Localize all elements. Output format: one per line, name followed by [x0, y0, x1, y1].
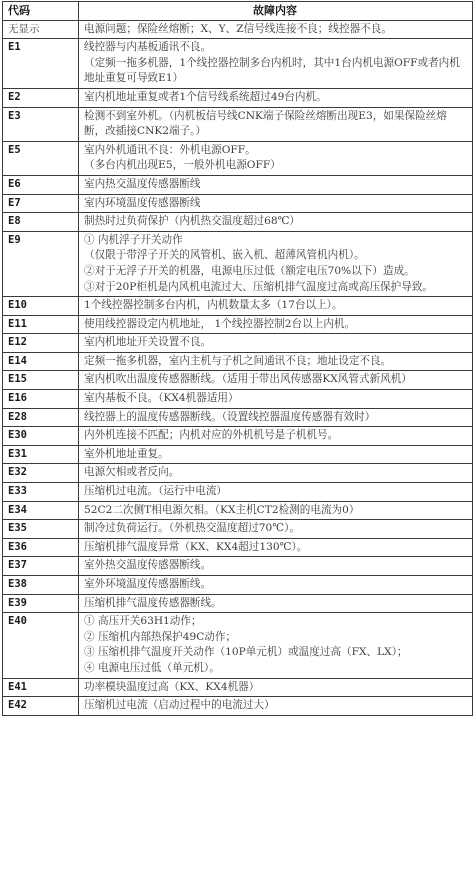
fault-description-cell: 功率模块温度过高（KX、KX4机器） [79, 678, 473, 697]
fault-description-line: 功率模块温度过高（KX、KX4机器） [84, 680, 466, 696]
table-row: E32电源欠相或者反向。 [3, 464, 473, 483]
table-row: 无显示电源问题；保险丝熔断；X、Y、Z信号线连接不良；线控器不良。 [3, 20, 473, 39]
fault-description-cell: ① 内机浮子开关动作（仅限于带浮子开关的风管机、嵌入机、超薄风管机内机）。②对于… [79, 231, 473, 296]
table-row: E7室内环境温度传感器断线 [3, 194, 473, 213]
fault-description-cell: 室内机地址重复或者1个信号线系统超过49台内机。 [79, 88, 473, 107]
fault-code-cell: E7 [3, 194, 79, 213]
fault-description-cell: 室内外机通讯不良：外机电源OFF。（多台内机出现E5，一般外机电源OFF） [79, 141, 473, 175]
fault-code-table: 代码 故障内容 无显示电源问题；保险丝熔断；X、Y、Z信号线连接不良；线控器不良… [2, 1, 473, 716]
fault-code-cell: E3 [3, 107, 79, 141]
fault-description-cell: 室内环境温度传感器断线 [79, 194, 473, 213]
fault-description-line: 线控器与内基板通讯不良。 [84, 40, 466, 56]
table-row: E12室内机地址开关设置不良。 [3, 334, 473, 353]
fault-code-cell: E39 [3, 594, 79, 613]
fault-description-cell: 制冷过负荷运行。（外机热交温度超过70℃）。 [79, 520, 473, 539]
fault-description-line: ③ 压缩机排气温度开关动作（10P单元机）或温度过高（FX、LX）； [84, 645, 466, 661]
table-row: E2室内机地址重复或者1个信号线系统超过49台内机。 [3, 88, 473, 107]
fault-description-cell: 室内基板不良。（KX4机器适用） [79, 390, 473, 409]
fault-description-line: 室内机地址重复或者1个信号线系统超过49台内机。 [84, 90, 466, 106]
fault-code-document: 代码 故障内容 无显示电源问题；保险丝熔断；X、Y、Z信号线连接不良；线控器不良… [0, 0, 475, 869]
fault-code-cell: E35 [3, 520, 79, 539]
fault-code-cell: E11 [3, 315, 79, 334]
fault-code-cell: E40 [3, 613, 79, 678]
fault-code-cell: E32 [3, 464, 79, 483]
table-row: E1线控器与内基板通讯不良。（定频一拖多机器，1个线控器控制多台内机时，其中1台… [3, 39, 473, 89]
fault-description-cell: 52C2二次侧T相电源欠相。（KX主机CT2检测的电流为0） [79, 501, 473, 520]
table-row: E9① 内机浮子开关动作（仅限于带浮子开关的风管机、嵌入机、超薄风管机内机）。②… [3, 231, 473, 296]
fault-description-line: 室内机吹出温度传感器断线。（适用于带出风传感器KX风管式新风机） [84, 372, 466, 388]
fault-description-line: 室内机地址开关设置不良。 [84, 335, 466, 351]
fault-description-line: 压缩机过电流。（运行中电流） [84, 484, 466, 500]
table-body: 无显示电源问题；保险丝熔断；X、Y、Z信号线连接不良；线控器不良。E1线控器与内… [3, 20, 473, 715]
fault-description-line: 1个线控器控制多台内机，内机数量太多（17台以上）。 [84, 298, 466, 314]
fault-description-cell: 线控器上的温度传感器断线。（设置线控器温度传感器有效时） [79, 408, 473, 427]
fault-code-cell: E41 [3, 678, 79, 697]
fault-description-line: 电源问题；保险丝熔断；X、Y、Z信号线连接不良；线控器不良。 [84, 22, 466, 38]
table-row: E33压缩机过电流。（运行中电流） [3, 483, 473, 502]
fault-description-cell: 室内机地址开关设置不良。 [79, 334, 473, 353]
fault-description-cell: 室外机地址重复。 [79, 445, 473, 464]
fault-description-line: ② 压缩机内部热保护49C动作； [84, 630, 466, 646]
table-row: E38室外环境温度传感器断线。 [3, 576, 473, 595]
fault-description-line: 压缩机过电流（启动过程中的电流过大） [84, 698, 466, 714]
fault-description-cell: 室外热交温度传感器断线。 [79, 557, 473, 576]
fault-description-line: ②对于无浮子开关的机器，电源电压过低（额定电压70%以下）造成。 [84, 264, 466, 280]
fault-description-cell: 线控器与内基板通讯不良。（定频一拖多机器，1个线控器控制多台内机时，其中1台内机… [79, 39, 473, 89]
fault-description-line: 使用线控器设定内机地址， 1个线控器控制2台以上内机。 [84, 317, 466, 333]
table-row: E31室外机地址重复。 [3, 445, 473, 464]
fault-description-line: ① 内机浮子开关动作 [84, 233, 466, 249]
fault-description-cell: 压缩机排气温度异常（KX、KX4超过130℃）。 [79, 538, 473, 557]
fault-description-line: 室外机地址重复。 [84, 447, 466, 463]
table-row: E36压缩机排气温度异常（KX、KX4超过130℃）。 [3, 538, 473, 557]
fault-description-line: 制热时过负荷保护（内机热交温度超过68℃） [84, 214, 466, 230]
table-row: E35制冷过负荷运行。（外机热交温度超过70℃）。 [3, 520, 473, 539]
fault-description-cell: 室内机吹出温度传感器断线。（适用于带出风传感器KX风管式新风机） [79, 371, 473, 390]
fault-code-cell: E8 [3, 213, 79, 232]
fault-code-cell: E5 [3, 141, 79, 175]
fault-description-line: ③对于20P柜机是内风机电流过大、压缩机排气温度过高或高压保护导致。 [84, 280, 466, 296]
table-header-row: 代码 故障内容 [3, 2, 473, 21]
fault-description-line: 线控器上的温度传感器断线。（设置线控器温度传感器有效时） [84, 410, 466, 426]
fault-code-cell: E28 [3, 408, 79, 427]
fault-description-line: 室外热交温度传感器断线。 [84, 558, 466, 574]
fault-description-line: 压缩机排气温度传感器断线。 [84, 596, 466, 612]
fault-description-cell: 制热时过负荷保护（内机热交温度超过68℃） [79, 213, 473, 232]
fault-description-line: 52C2二次侧T相电源欠相。（KX主机CT2检测的电流为0） [84, 503, 466, 519]
fault-description-line: 定频一拖多机器，室内主机与子机之间通讯不良；地址设定不良。 [84, 354, 466, 370]
fault-code-cell: E38 [3, 576, 79, 595]
fault-code-cell: E42 [3, 697, 79, 716]
table-row: E30内外机连接不匹配；内机对应的外机机号是子机机号。 [3, 427, 473, 446]
fault-description-line: 制冷过负荷运行。（外机热交温度超过70℃）。 [84, 521, 466, 537]
fault-code-cell: 无显示 [3, 20, 79, 39]
fault-description-cell: 1个线控器控制多台内机，内机数量太多（17台以上）。 [79, 297, 473, 316]
fault-description-cell: 定频一拖多机器，室内主机与子机之间通讯不良；地址设定不良。 [79, 352, 473, 371]
fault-code-cell: E36 [3, 538, 79, 557]
fault-description-cell: 压缩机过电流（启动过程中的电流过大） [79, 697, 473, 716]
fault-description-line: 检测不到室外机。（内机板信号线CNK端子保险丝熔断出现E3，如果保险丝熔断，改插… [84, 109, 466, 140]
fault-description-line: ④ 电源电压过低（单元机）。 [84, 661, 466, 677]
fault-code-cell: E1 [3, 39, 79, 89]
fault-description-cell: 电源欠相或者反向。 [79, 464, 473, 483]
fault-description-line: （定频一拖多机器，1个线控器控制多台内机时，其中1台内机电源OFF或者内机地址重… [84, 56, 466, 87]
table-row: E41功率模块温度过高（KX、KX4机器） [3, 678, 473, 697]
fault-description-line: ① 高压开关63H1动作； [84, 614, 466, 630]
fault-code-cell: E16 [3, 390, 79, 409]
fault-description-cell: 压缩机排气温度传感器断线。 [79, 594, 473, 613]
table-row: E11使用线控器设定内机地址， 1个线控器控制2台以上内机。 [3, 315, 473, 334]
fault-description-line: 内外机连接不匹配；内机对应的外机机号是子机机号。 [84, 428, 466, 444]
table-row: E16室内基板不良。（KX4机器适用） [3, 390, 473, 409]
fault-description-line: 室内环境温度传感器断线 [84, 196, 466, 212]
fault-code-cell: E33 [3, 483, 79, 502]
fault-description-cell: 电源问题；保险丝熔断；X、Y、Z信号线连接不良；线控器不良。 [79, 20, 473, 39]
table-row: E14定频一拖多机器，室内主机与子机之间通讯不良；地址设定不良。 [3, 352, 473, 371]
fault-code-cell: E31 [3, 445, 79, 464]
fault-code-cell: E14 [3, 352, 79, 371]
fault-code-cell: E6 [3, 175, 79, 194]
table-row: E37室外热交温度传感器断线。 [3, 557, 473, 576]
table-row: E15室内机吹出温度传感器断线。（适用于带出风传感器KX风管式新风机） [3, 371, 473, 390]
fault-description-cell: 室外环境温度传感器断线。 [79, 576, 473, 595]
fault-description-line: 室内热交温度传感器断线 [84, 177, 466, 193]
fault-code-cell: E10 [3, 297, 79, 316]
table-row: E101个线控器控制多台内机，内机数量太多（17台以上）。 [3, 297, 473, 316]
table-row: E8制热时过负荷保护（内机热交温度超过68℃） [3, 213, 473, 232]
fault-code-cell: E37 [3, 557, 79, 576]
header-content: 故障内容 [79, 2, 473, 21]
fault-description-cell: 内外机连接不匹配；内机对应的外机机号是子机机号。 [79, 427, 473, 446]
fault-description-cell: 室内热交温度传感器断线 [79, 175, 473, 194]
table-row: E3检测不到室外机。（内机板信号线CNK端子保险丝熔断出现E3，如果保险丝熔断，… [3, 107, 473, 141]
fault-description-line: 压缩机排气温度异常（KX、KX4超过130℃）。 [84, 540, 466, 556]
fault-code-cell: E15 [3, 371, 79, 390]
table-row: E42压缩机过电流（启动过程中的电流过大） [3, 697, 473, 716]
fault-description-line: 室外环境温度传感器断线。 [84, 577, 466, 593]
header-code: 代码 [3, 2, 79, 21]
fault-code-cell: E12 [3, 334, 79, 353]
fault-description-line: （多台内机出现E5，一般外机电源OFF） [84, 158, 466, 174]
fault-code-cell: E30 [3, 427, 79, 446]
fault-description-line: 室内基板不良。（KX4机器适用） [84, 391, 466, 407]
fault-description-cell: 检测不到室外机。（内机板信号线CNK端子保险丝熔断出现E3，如果保险丝熔断，改插… [79, 107, 473, 141]
table-row: E3452C2二次侧T相电源欠相。（KX主机CT2检测的电流为0） [3, 501, 473, 520]
table-row: E6室内热交温度传感器断线 [3, 175, 473, 194]
fault-code-cell: E2 [3, 88, 79, 107]
fault-description-line: 室内外机通讯不良：外机电源OFF。 [84, 143, 466, 159]
fault-description-line: 电源欠相或者反向。 [84, 465, 466, 481]
table-row: E28线控器上的温度传感器断线。（设置线控器温度传感器有效时） [3, 408, 473, 427]
table-row: E40① 高压开关63H1动作；② 压缩机内部热保护49C动作；③ 压缩机排气温… [3, 613, 473, 678]
table-row: E39压缩机排气温度传感器断线。 [3, 594, 473, 613]
fault-description-cell: 使用线控器设定内机地址， 1个线控器控制2台以上内机。 [79, 315, 473, 334]
fault-description-cell: ① 高压开关63H1动作；② 压缩机内部热保护49C动作；③ 压缩机排气温度开关… [79, 613, 473, 678]
fault-description-cell: 压缩机过电流。（运行中电流） [79, 483, 473, 502]
fault-code-cell: E34 [3, 501, 79, 520]
fault-code-cell: E9 [3, 231, 79, 296]
table-row: E5室内外机通讯不良：外机电源OFF。（多台内机出现E5，一般外机电源OFF） [3, 141, 473, 175]
fault-description-line: （仅限于带浮子开关的风管机、嵌入机、超薄风管机内机）。 [84, 248, 466, 264]
